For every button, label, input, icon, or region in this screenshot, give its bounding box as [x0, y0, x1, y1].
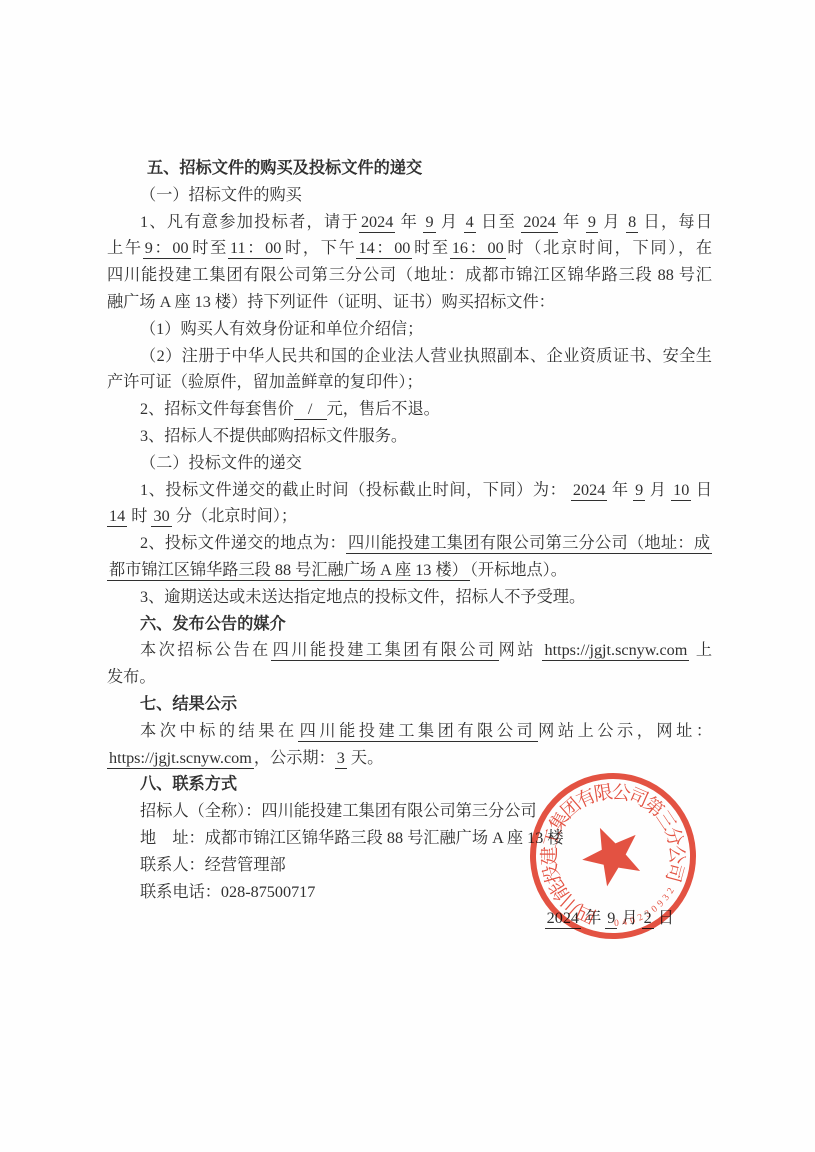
text-run: 3、招标人不提供邮购招标文件服务。: [140, 427, 407, 445]
underlined-text: https://jgjt.scnyw.com: [542, 641, 689, 661]
text-run: 上: [689, 641, 712, 659]
contact-phone: 联系电话：028-87500717: [107, 879, 712, 906]
text-run: 年: [607, 481, 633, 499]
media-l2: 发布。: [107, 664, 712, 691]
underlined-text: 都市锦江区锦华路三段 88 号汇融广场 A 座 13 楼）: [107, 561, 470, 581]
underlined-text: 10: [671, 481, 691, 501]
text-run: 时至: [412, 239, 449, 257]
underlined-text: 9：00: [143, 239, 191, 259]
no-mail-line: 3、招标人不提供邮购招标文件服务。: [107, 423, 712, 450]
purchase-l1: 1、凡有意参加投标者，请于2024 年 9 月 4 日至 2024 年 9 月 …: [107, 209, 712, 236]
text-run: 日: [654, 909, 674, 927]
text-run: 时: [127, 507, 151, 525]
underlined-text: 30: [151, 507, 171, 527]
text-run: 时至: [191, 239, 228, 257]
late-line: 3、逾期送达或未送达指定地点的投标文件，招标人不予受理。: [107, 584, 712, 611]
purchase-l2: 上午9：00时至11：00时，下午14：00时至16：00时（北京时间，下同），…: [107, 235, 712, 262]
text-run: （一）招标文件的购买: [140, 186, 302, 204]
underlined-text: 16：00: [450, 239, 506, 259]
cert-item2-l1: （2）注册于中华人民共和国的企业法人营业执照副本、企业资质证书、安全生: [107, 343, 712, 370]
contact-name: 招标人（全称）：四川能投建工集团有限公司第三分公司: [107, 798, 712, 825]
underlined-text: 2024: [521, 213, 557, 233]
text-run: 本次招标公告在: [140, 641, 271, 659]
sec7-heading: 七、结果公示: [107, 691, 712, 718]
date-line: 2024 年 9 月 2 日: [107, 905, 712, 932]
text-run: 网站上公示，网址：: [538, 722, 712, 740]
sec5-heading: 五、招标文件的购买及投标文件的递交: [107, 155, 712, 182]
text-run: 时，下午: [283, 239, 356, 257]
text-run: 月: [598, 213, 626, 231]
underlined-text: 4: [464, 213, 476, 233]
text-run: 1、凡有意参加投标者，请于: [140, 213, 359, 231]
scanned-document-page: 五、招标文件的购买及投标文件的递交（一）招标文件的购买1、凡有意参加投标者，请于…: [0, 0, 815, 1152]
text-run: 四川能投建工集团有限公司第三分公司（地址：成都市锦江区锦华路三段 88 号汇: [107, 266, 712, 284]
text-run: 联系人：经营管理部: [140, 856, 286, 874]
text-run: 地 址：成都市锦江区锦华路三段 88 号汇融广场 A 座 13 楼: [140, 829, 564, 847]
text-run: 年: [581, 909, 605, 927]
text-run: 2、投标文件递交的地点为：: [140, 534, 346, 552]
text-run: （开标地点）。: [470, 561, 567, 579]
text-run: 年: [395, 213, 423, 231]
deadline-l2: 14 时 30 分（北京时间）；: [107, 503, 712, 530]
contact-address: 地 址：成都市锦江区锦华路三段 88 号汇融广场 A 座 13 楼: [107, 825, 712, 852]
document-content: 五、招标文件的购买及投标文件的递交（一）招标文件的购买1、凡有意参加投标者，请于…: [107, 155, 712, 932]
text-run: 网站: [499, 641, 543, 659]
cert-item1: （1）购买人有效身份证和单位介绍信；: [107, 316, 712, 343]
underlined-text: 11：00: [228, 239, 283, 259]
text-run: 上午: [107, 239, 143, 257]
underlined-text: 2: [642, 909, 654, 929]
sec5-part1-heading: （一）招标文件的购买: [107, 182, 712, 209]
text-run: 五、招标文件的购买及投标文件的递交: [147, 159, 422, 177]
text-run: 招标人（全称）：四川能投建工集团有限公司第三分公司: [140, 802, 537, 820]
sec6-heading: 六、发布公告的媒介: [107, 611, 712, 638]
underlined-text: 2024: [359, 213, 395, 233]
text-run: （2）注册于中华人民共和国的企业法人营业执照副本、企业资质证书、安全生: [140, 347, 712, 365]
place-l1: 2、投标文件递交的地点为：四川能投建工集团有限公司第三分公司（地址：成: [107, 530, 712, 557]
text-run: 八、联系方式: [140, 775, 237, 793]
text-run: 时（北京时间，下同），在: [506, 239, 712, 257]
text-run: 日: [691, 481, 712, 499]
text-run: 日，每日: [638, 213, 712, 231]
text-run: 发布。: [107, 668, 156, 686]
underlined-text: 9: [423, 213, 435, 233]
underlined-text: 14：00: [356, 239, 412, 259]
text-run: 分（北京时间）；: [172, 507, 297, 525]
purchase-l3: 四川能投建工集团有限公司第三分公司（地址：成都市锦江区锦华路三段 88 号汇: [107, 262, 712, 289]
text-run: 元，售后不退。: [327, 400, 440, 418]
text-run: （二）投标文件的递交: [140, 454, 302, 472]
result-l2: https://jgjt.scnyw.com，公示期：3 天。: [107, 745, 712, 772]
underlined-text: 9: [586, 213, 598, 233]
underlined-text: 四川能投建工集团有限公司第三分公司（地址：成: [346, 534, 712, 554]
text-run: 产许可证（验原件，留加盖鲜章的复印件）；: [107, 373, 423, 391]
text-run: 月: [436, 213, 464, 231]
price-line: 2、招标文件每套售价 / 元，售后不退。: [107, 396, 712, 423]
underlined-text: 2024: [571, 481, 607, 501]
text-run: 月: [645, 481, 671, 499]
underlined-text: 8: [626, 213, 638, 233]
underlined-text: /: [294, 400, 327, 420]
text-run: ，公示期：: [254, 749, 335, 767]
purchase-l4: 融广场 A 座 13 楼）持下列证件（证明、证书）购买招标文件：: [107, 289, 712, 316]
text-run: 本次中标的结果在: [140, 722, 298, 740]
deadline-l1: 1、投标文件递交的截止时间（投标截止时间，下同）为： 2024 年 9 月 10…: [107, 477, 712, 504]
text-run: 月: [617, 909, 641, 927]
underlined-text: https://jgjt.scnyw.com: [107, 749, 254, 769]
text-run: 日至: [476, 213, 522, 231]
text-run: 1、投标文件递交的截止时间（投标截止时间，下同）为：: [140, 481, 571, 499]
text-run: 七、结果公示: [140, 695, 237, 713]
text-run: 3、逾期送达或未送达指定地点的投标文件，招标人不予受理。: [140, 588, 585, 606]
place-l2: 都市锦江区锦华路三段 88 号汇融广场 A 座 13 楼）（开标地点）。: [107, 557, 712, 584]
text-run: 年: [558, 213, 586, 231]
contact-person: 联系人：经营管理部: [107, 852, 712, 879]
media-l1: 本次招标公告在四川能投建工集团有限公司网站 https://jgjt.scnyw…: [107, 637, 712, 664]
underlined-text: 3: [335, 749, 347, 769]
text-run: 六、发布公告的媒介: [140, 615, 286, 633]
text-run: 天。: [347, 749, 383, 767]
underlined-text: 14: [107, 507, 127, 527]
underlined-text: 四川能投建工集团有限公司: [271, 641, 499, 661]
underlined-text: 2024: [545, 909, 581, 929]
sec8-heading: 八、联系方式: [107, 771, 712, 798]
result-l1: 本次中标的结果在四川能投建工集团有限公司网站上公示，网址：: [107, 718, 712, 745]
cert-item2-l2: 产许可证（验原件，留加盖鲜章的复印件）；: [107, 369, 712, 396]
text-run: 融广场 A 座 13 楼）持下列证件（证明、证书）购买招标文件：: [107, 293, 555, 311]
text-run: 2、招标文件每套售价: [140, 400, 294, 418]
sec5-part2-heading: （二）投标文件的递交: [107, 450, 712, 477]
text-run: （1）购买人有效身份证和单位介绍信；: [140, 320, 423, 338]
text-run: 联系电话：028-87500717: [140, 883, 315, 901]
underlined-text: 四川能投建工集团有限公司: [298, 722, 539, 742]
underlined-text: 9: [605, 909, 617, 929]
underlined-text: 9: [633, 481, 645, 501]
